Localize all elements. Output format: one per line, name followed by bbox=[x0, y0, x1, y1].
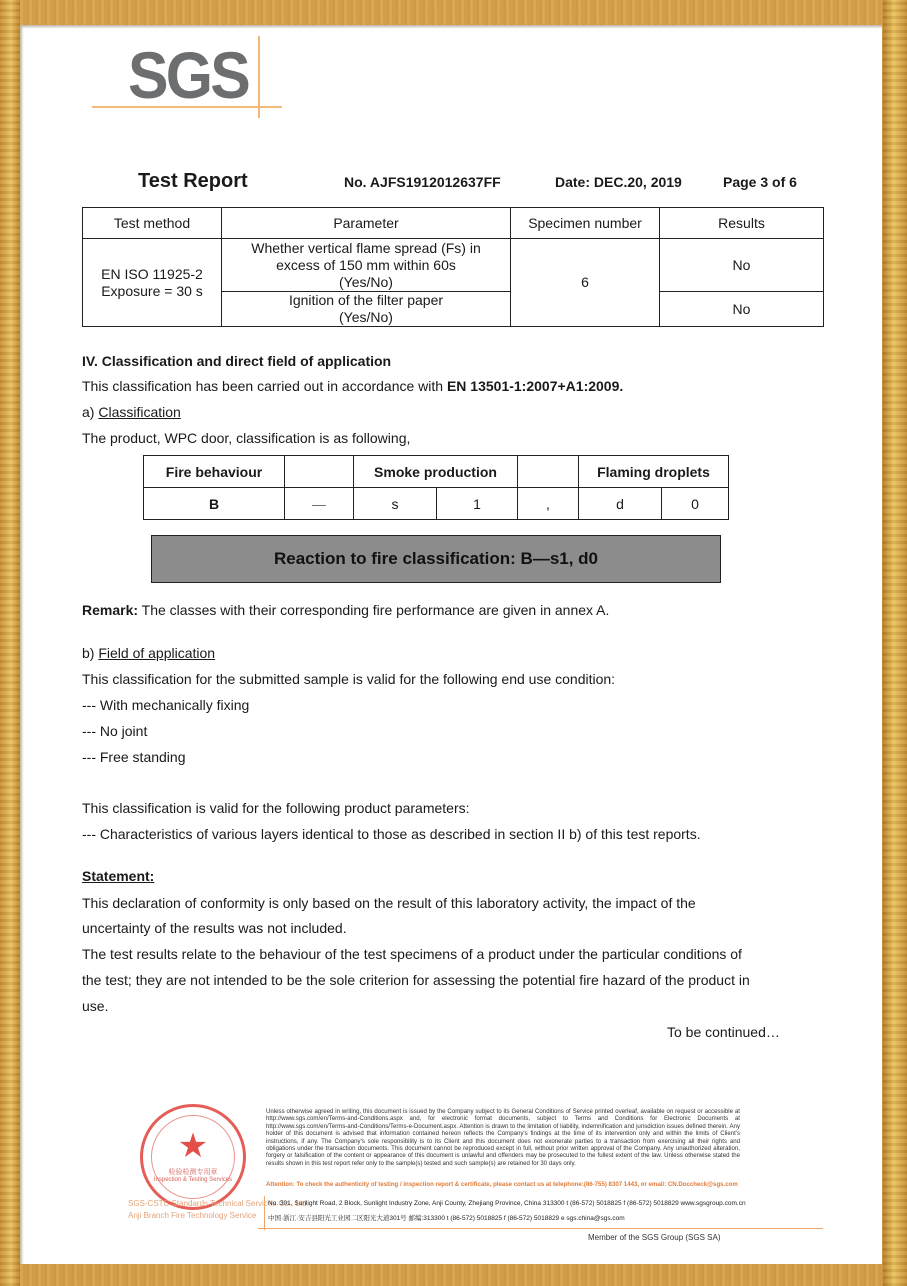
column-header: Fire behaviour bbox=[144, 456, 285, 488]
stamp-text-en: Inspection & Testing Services bbox=[143, 1177, 243, 1183]
sgs-logo: SGS bbox=[128, 42, 248, 108]
report-title: Test Report bbox=[138, 170, 248, 193]
test-exposure: Exposure = 30 s bbox=[87, 283, 217, 300]
statement-line: the test; they are not intended to be th… bbox=[82, 972, 750, 988]
authenticity-notice: Attention: To check the authenticity of … bbox=[266, 1181, 740, 1188]
parameter-cell: Ignition of the filter paper (Yes/No) bbox=[222, 292, 511, 327]
subsection-title: Field of application bbox=[98, 645, 215, 661]
class-cell: s bbox=[354, 488, 437, 520]
specimen-number-cell: 6 bbox=[511, 239, 660, 327]
column-header bbox=[518, 456, 579, 488]
subsection-title: Classification bbox=[98, 404, 180, 420]
product-text: The product, WPC door, classification is… bbox=[82, 430, 410, 446]
class-cell: , bbox=[518, 488, 579, 520]
product-params-intro: This classification is valid for the fol… bbox=[82, 800, 470, 816]
column-header: Specimen number bbox=[511, 208, 660, 239]
frame-border-right bbox=[883, 0, 907, 1286]
column-header: Results bbox=[660, 208, 824, 239]
footer-rule-horizontal bbox=[258, 1228, 823, 1229]
statement-line: The test results relate to the behaviour… bbox=[82, 946, 742, 962]
class-cell: — bbox=[285, 488, 354, 520]
class-cell: 0 bbox=[662, 488, 729, 520]
remark-text: The classes with their corresponding fir… bbox=[138, 602, 609, 618]
accordance-text: This classification has been carried out… bbox=[82, 378, 623, 394]
parameter-cell: Whether vertical flame spread (Fs) in ex… bbox=[222, 239, 511, 292]
list-item: --- With mechanically fixing bbox=[82, 697, 249, 713]
column-header: Flaming droplets bbox=[579, 456, 729, 488]
classification-banner: Reaction to fire classification: B—s1, d… bbox=[151, 535, 721, 583]
column-header: Parameter bbox=[222, 208, 511, 239]
table-header-row: Fire behaviour Smoke production Flaming … bbox=[144, 456, 729, 488]
column-header bbox=[285, 456, 354, 488]
member-note: Member of the SGS Group (SGS SA) bbox=[588, 1233, 721, 1242]
continued-note: To be continued… bbox=[667, 1024, 780, 1040]
star-icon: ★ bbox=[143, 1129, 243, 1163]
report-number: No. AJFS1912012637FF bbox=[344, 174, 501, 190]
logo-rule-horizontal bbox=[92, 106, 282, 108]
address-cn: 中国·浙江·安吉县阳光工业园二区阳光大道301号 邮编:313300 t (86… bbox=[268, 1213, 625, 1222]
remark: Remark: The classes with their correspon… bbox=[82, 602, 609, 618]
accordance-lead: This classification has been carried out… bbox=[82, 378, 447, 394]
test-method-cell: EN ISO 11925-2 Exposure = 30 s bbox=[83, 239, 222, 327]
list-item: --- No joint bbox=[82, 723, 147, 739]
end-use-intro: This classification for the submitted sa… bbox=[82, 671, 615, 687]
class-cell: d bbox=[579, 488, 662, 520]
remark-label: Remark: bbox=[82, 602, 138, 618]
parameter-text: (Yes/No) bbox=[226, 309, 506, 326]
column-header: Test method bbox=[83, 208, 222, 239]
classification-table: Fire behaviour Smoke production Flaming … bbox=[143, 455, 729, 520]
parameter-text: Whether vertical flame spread (Fs) in bbox=[226, 240, 506, 257]
table-row: EN ISO 11925-2 Exposure = 30 s Whether v… bbox=[83, 239, 824, 292]
statement-line: This declaration of conformity is only b… bbox=[82, 895, 696, 911]
report-date: Date: DEC.20, 2019 bbox=[555, 174, 682, 190]
statement-line: use. bbox=[82, 998, 108, 1014]
address-en: No. 301, Sunlight Road, 2 Block, Sunligh… bbox=[268, 1200, 746, 1207]
class-cell: B bbox=[144, 488, 285, 520]
table-header-row: Test method Parameter Specimen number Re… bbox=[83, 208, 824, 239]
test-method-name: EN ISO 11925-2 bbox=[87, 266, 217, 283]
subsection-b-title: b) Field of application bbox=[82, 645, 215, 661]
statement-title: Statement: bbox=[82, 868, 154, 884]
parameter-text: (Yes/No) bbox=[226, 274, 506, 291]
parameter-text: excess of 150 mm within 60s bbox=[226, 257, 506, 274]
column-header: Smoke production bbox=[354, 456, 518, 488]
statement-line: uncertainty of the results was not inclu… bbox=[82, 920, 347, 936]
subsection-prefix: a) bbox=[82, 404, 98, 420]
legal-disclaimer: Unless otherwise agreed in writing, this… bbox=[266, 1108, 740, 1167]
footer-rule-vertical bbox=[264, 1196, 265, 1230]
class-cell: 1 bbox=[437, 488, 518, 520]
test-results-table: Test method Parameter Specimen number Re… bbox=[82, 207, 824, 327]
result-cell: No bbox=[660, 239, 824, 292]
frame-border-left bbox=[0, 0, 20, 1286]
official-stamp: ★ 检验检测专用章 Inspection & Testing Services bbox=[140, 1104, 246, 1210]
result-cell: No bbox=[660, 292, 824, 327]
stamp-text-cn: 检验检测专用章 bbox=[143, 1167, 243, 1177]
logo-rule-vertical bbox=[258, 36, 260, 118]
subsection-a-title: a) Classification bbox=[82, 404, 181, 420]
table-row: B — s 1 , d 0 bbox=[144, 488, 729, 520]
subsection-prefix: b) bbox=[82, 645, 98, 661]
standard-reference: EN 13501-1:2007+A1:2009. bbox=[447, 378, 623, 394]
list-item: --- Free standing bbox=[82, 749, 185, 765]
section-heading: IV. Classification and direct field of a… bbox=[82, 353, 391, 369]
list-item: --- Characteristics of various layers id… bbox=[82, 826, 701, 842]
parameter-text: Ignition of the filter paper bbox=[226, 292, 506, 309]
page-indicator: Page 3 of 6 bbox=[723, 174, 797, 190]
